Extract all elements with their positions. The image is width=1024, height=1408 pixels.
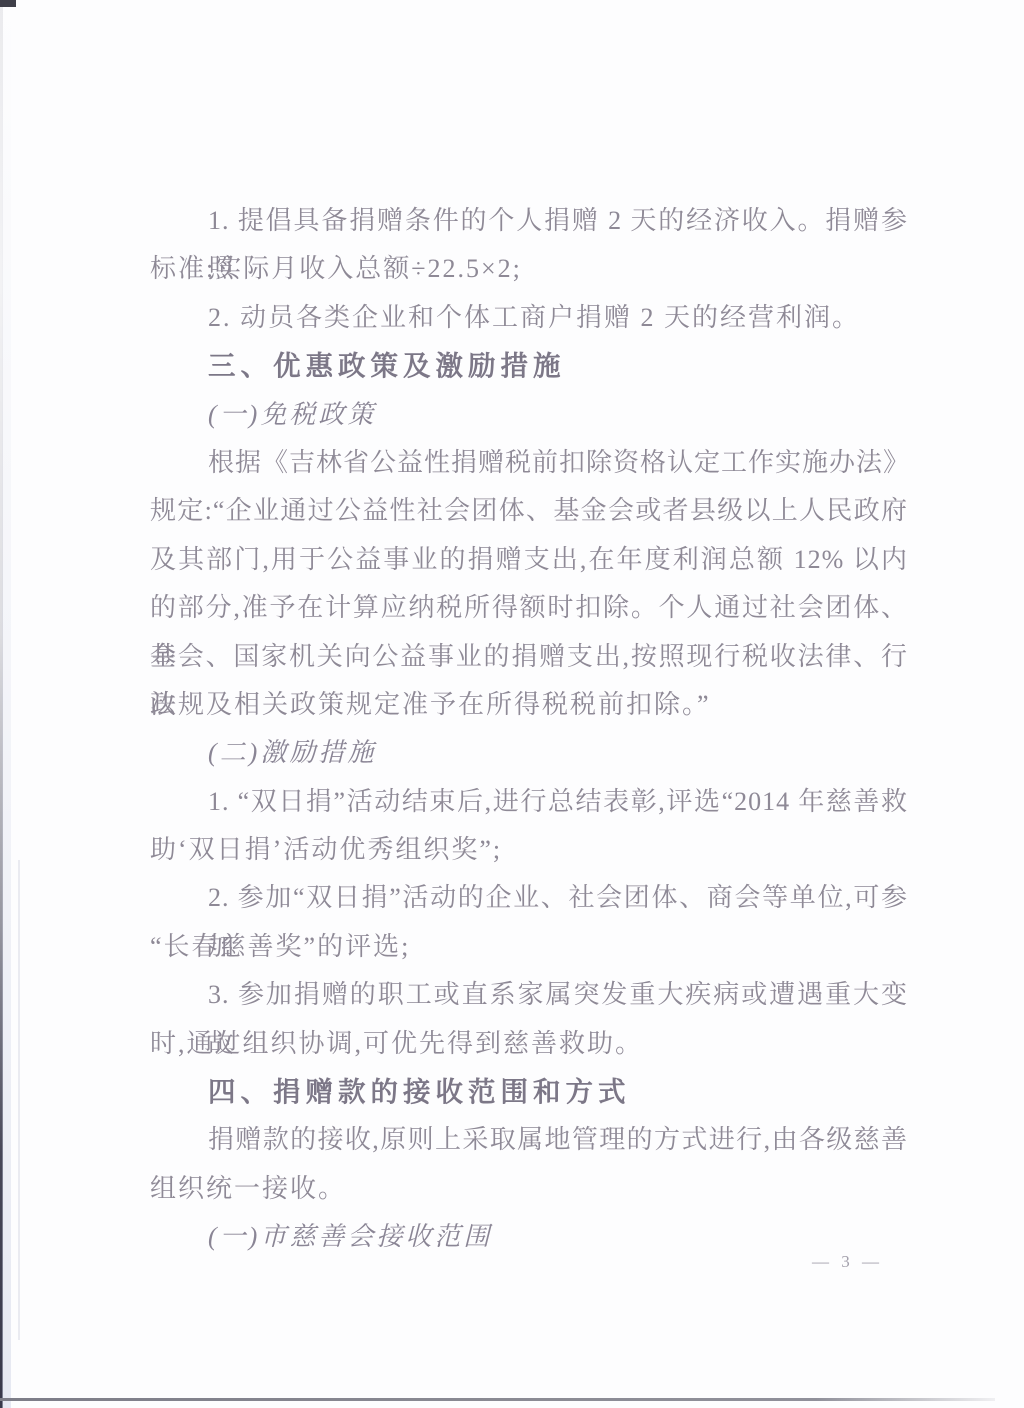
text-line: 金会、国家机关向公益事业的捐赠支出,按照现行税收法律、行政 xyxy=(150,633,908,681)
text-line: 2. 参加“双日捐”活动的企业、社会团体、商会等单位,可参加 xyxy=(150,874,908,922)
text-line: 3. 参加捐赠的职工或直系家属突发重大疾病或遭遇重大变故 xyxy=(150,971,908,1019)
section-heading: 三、优惠政策及激励措施 xyxy=(150,342,908,390)
text-line: “长春慈善奖”的评选; xyxy=(150,923,908,971)
text-line: 助‘双日捐’活动优秀组织奖”; xyxy=(150,826,908,874)
text-line: 标准:实际月收入总额÷22.5×2; xyxy=(150,245,908,293)
text-line: 1. “双日捐”活动结束后,进行总结表彰,评选“2014 年慈善救 xyxy=(150,778,908,826)
text-block: 1. 提倡具备捐赠条件的个人捐赠 2 天的经济收入。捐赠参照标准:实际月收入总额… xyxy=(150,197,908,1262)
page-number: — 3 — xyxy=(812,1252,883,1272)
subsection-heading: (一)免税政策 xyxy=(150,391,908,439)
text-line: 根据《吉林省公益性捐赠税前扣除资格认定工作实施办法》 xyxy=(150,439,908,487)
section-heading: 四、捐赠款的接收范围和方式 xyxy=(150,1068,908,1116)
page-left-edge-soft-shadow xyxy=(2,0,11,1408)
text-line: 1. 提倡具备捐赠条件的个人捐赠 2 天的经济收入。捐赠参照 xyxy=(150,197,908,245)
subsection-heading: (二)激励措施 xyxy=(150,729,908,777)
text-line: 规定:“企业通过公益性社会团体、基金会或者县级以上人民政府 xyxy=(150,487,908,535)
text-line: 及其部门,用于公益事业的捐赠支出,在年度利润总额 12% 以内 xyxy=(150,536,908,584)
subsection-heading: (一)市慈善会接收范围 xyxy=(150,1213,908,1261)
text-line: 2. 动员各类企业和个体工商户捐赠 2 天的经营利润。 xyxy=(150,294,908,342)
paper-crease xyxy=(18,860,20,1340)
text-line: 时,通过组织协调,可优先得到慈善救助。 xyxy=(150,1020,908,1068)
text-line: 法规及相关政策规定准予在所得税税前扣除。” xyxy=(150,681,908,729)
text-line: 捐赠款的接收,原则上采取属地管理的方式进行,由各级慈善 xyxy=(150,1116,908,1164)
scan-corner-mark xyxy=(0,0,16,7)
text-line: 组织统一接收。 xyxy=(150,1165,908,1213)
document-page: 1. 提倡具备捐赠条件的个人捐赠 2 天的经济收入。捐赠参照标准:实际月收入总额… xyxy=(0,0,1024,1408)
page-bottom-edge-shadow xyxy=(0,1398,995,1401)
text-line: 的部分,准予在计算应纳税所得额时扣除。个人通过社会团体、基 xyxy=(150,584,908,632)
